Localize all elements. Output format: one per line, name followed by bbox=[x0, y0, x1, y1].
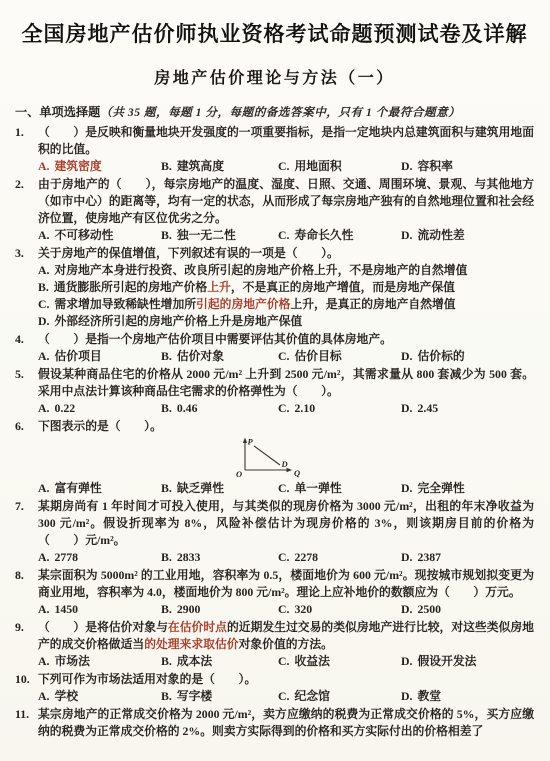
question-body: 某期房尚有 1 年时间才可投入使用，与其类似的现房价格为 3000 元/m²，出… bbox=[38, 498, 534, 566]
question-number: 2. bbox=[15, 176, 38, 244]
question-number: 3. bbox=[15, 245, 38, 330]
text-segment: 缺乏弹性 bbox=[177, 481, 224, 495]
text-segment: 2900 bbox=[177, 602, 201, 616]
option-c: C.用地面积 bbox=[278, 158, 401, 175]
text-segment: 上升，是真正的房地产自然增值 bbox=[290, 297, 455, 311]
text-segment: 对象价值的方法。 bbox=[239, 637, 333, 651]
option-label: B. bbox=[161, 550, 172, 564]
text-segment: 下图表示的是（ ）。 bbox=[38, 419, 162, 433]
option-label: B. bbox=[161, 654, 172, 668]
text-segment: （ ）是将估价对象与 bbox=[38, 620, 168, 634]
option-label: C. bbox=[278, 654, 289, 668]
question: 5. 假设某种商品住宅的价格从 2000 元/m² 上升到 2500 元/m²，… bbox=[15, 366, 534, 417]
option-c: C.2.10 bbox=[278, 400, 401, 417]
text-segment: 320 bbox=[294, 602, 312, 616]
option-label: B. bbox=[161, 481, 172, 495]
text-segment: 市场法 bbox=[54, 654, 89, 668]
question: 4. （ ）是指一个房地产估价项目中需要评估其价值的具体房地产。 A.估价项目B… bbox=[15, 331, 534, 365]
page-content: 全国房地产估价师执业资格考试命题预测试卷及详解 房地产估价理论与方法（一） 一、… bbox=[0, 0, 550, 740]
page-title: 全国房地产估价师执业资格考试命题预测试卷及详解 bbox=[15, 18, 534, 48]
origin-o-label: O bbox=[236, 469, 242, 479]
option-a: A.对房地产本身进行投资、改良所引起的房地产价格上升，不是房地产的自然增值 bbox=[38, 262, 534, 279]
option-label: B. bbox=[38, 280, 49, 294]
option-b: B.建筑高度 bbox=[161, 158, 278, 175]
question-number: 6. bbox=[15, 418, 38, 497]
text-segment: 用地面积 bbox=[294, 159, 341, 173]
option-list: A.学校B.写字楼C.纪念馆D.教堂 bbox=[38, 688, 534, 705]
question-number: 9. bbox=[15, 619, 38, 670]
question-body: 关于房地产的保值增值，下列叙述有误的一项是（ ）。 A.对房地产本身进行投资、改… bbox=[38, 245, 534, 330]
text-segment: 学校 bbox=[54, 689, 78, 703]
question: 1. （ ）是反映和衡量地块开发强度的一项重要指标，是指一定地块内总建筑面积与建… bbox=[15, 124, 534, 175]
option-a: A.0.22 bbox=[38, 400, 161, 417]
question-number: 10. bbox=[15, 671, 38, 705]
option-list: A.0.22B.0.46C.2.10D.2.45 bbox=[38, 400, 534, 417]
question-body: （ ）是反映和衡量地块开发强度的一项重要指标，是指一定地块内总建筑面积与建筑用地… bbox=[38, 124, 534, 175]
text-segment: 容积率 bbox=[417, 159, 452, 173]
axis-p-label: P bbox=[248, 437, 254, 447]
option-label: D. bbox=[401, 654, 412, 668]
option-a: A.市场法 bbox=[38, 653, 161, 670]
text-segment: 2387 bbox=[417, 550, 441, 564]
text-segment: 2833 bbox=[177, 550, 201, 564]
text-segment: 引起的房地产价格 bbox=[196, 297, 290, 311]
option-label: D. bbox=[401, 481, 412, 495]
option-a: A.2778 bbox=[38, 549, 161, 566]
question-stem: 某期房尚有 1 年时间才可投入使用，与其类似的现房价格为 3000 元/m²，出… bbox=[38, 498, 534, 549]
option-label: A. bbox=[38, 349, 49, 363]
option-a: A.估价项目 bbox=[38, 348, 161, 365]
option-label: A. bbox=[38, 602, 49, 616]
text-segment: 建筑密度 bbox=[54, 159, 101, 173]
option-list: A.不可移动性B.独一无二性C.寿命长久性D.流动性差 bbox=[38, 227, 534, 244]
option-list: A.市场法B.成本法C.收益法D.假设开发法 bbox=[38, 653, 534, 670]
text-segment: 写字楼 bbox=[177, 689, 212, 703]
text-segment: （ ）是反映和衡量地块开发强度的一项重要指标，是指一定地块内总建筑面积与建筑用地… bbox=[38, 125, 534, 156]
option-a: A.不可移动性 bbox=[38, 227, 161, 244]
text-segment: 上升 bbox=[207, 280, 231, 294]
text-segment: 需求增加导致稀缺性增加所 bbox=[54, 297, 196, 311]
option-b: B.成本法 bbox=[161, 653, 278, 670]
text-segment: 假设某种商品住宅的价格从 2000 元/m² 上升到 2500 元/m²，其需求… bbox=[38, 367, 534, 398]
option-label: C. bbox=[278, 401, 289, 415]
option-b: B.2833 bbox=[161, 549, 278, 566]
curve-d-label: D bbox=[281, 459, 288, 469]
option-label: A. bbox=[38, 689, 49, 703]
option-label: B. bbox=[161, 159, 172, 173]
option-d: D.估价标的 bbox=[401, 348, 534, 365]
option-b: B.估价对象 bbox=[161, 348, 278, 365]
question: 3. 关于房地产的保值增值，下列叙述有误的一项是（ ）。 A.对房地产本身进行投… bbox=[15, 245, 534, 330]
option-label: A. bbox=[38, 654, 49, 668]
option-c: C.收益法 bbox=[278, 653, 401, 670]
option-label: A. bbox=[38, 228, 49, 242]
text-segment: 1450 bbox=[54, 602, 78, 616]
text-segment: 成本法 bbox=[177, 654, 212, 668]
question-stem: 某宗面积为 5000m² 的工业用地，容积率为 0.5，楼面地价为 600 元/… bbox=[38, 567, 534, 601]
question: 11. 某宗房地产的正常成交价格为 2000 元/m²，卖方应缴纳的税费为正常成… bbox=[15, 706, 534, 740]
demand-curve-svg: P O Q D bbox=[235, 436, 305, 480]
text-segment: 对房地产本身进行投资、改良所引起的房地产价格上升，不是房地产的自然增值 bbox=[54, 263, 467, 277]
text-segment: 假设开发法 bbox=[417, 654, 476, 668]
option-label: D. bbox=[401, 349, 412, 363]
text-segment: 寿命长久性 bbox=[294, 228, 353, 242]
option-b: B.写字楼 bbox=[161, 688, 278, 705]
option-label: C. bbox=[278, 550, 289, 564]
option-c: C.需求增加导致稀缺性增加所引起的房地产价格上升，是真正的房地产自然增值 bbox=[38, 296, 534, 313]
text-segment: 在估价时点 bbox=[168, 620, 227, 634]
option-a: A.富有弹性 bbox=[38, 480, 161, 497]
option-label: A. bbox=[38, 401, 49, 415]
option-label: D. bbox=[401, 228, 412, 242]
text-segment: （ ）是指一个房地产估价项目中需要评估其价值的具体房地产。 bbox=[38, 332, 392, 346]
option-label: B. bbox=[161, 401, 172, 415]
option-label: D. bbox=[401, 401, 412, 415]
option-d: D.2500 bbox=[401, 601, 534, 618]
option-d: D.2387 bbox=[401, 549, 534, 566]
text-segment: 关于房地产的保值增值，下列叙述有误的一项是（ ）。 bbox=[38, 246, 339, 260]
option-d: D.假设开发法 bbox=[401, 653, 534, 670]
text-segment: 2500 bbox=[417, 602, 441, 616]
text-segment: 流动性差 bbox=[417, 228, 464, 242]
question-number: 7. bbox=[15, 498, 38, 566]
option-b: B.缺乏弹性 bbox=[161, 480, 278, 497]
page-subtitle: 房地产估价理论与方法（一） bbox=[15, 65, 534, 88]
text-segment: 估价标的 bbox=[417, 349, 464, 363]
option-b: B.2900 bbox=[161, 601, 278, 618]
question-body: 由于房地产的（ ），每宗房地产的温度、湿度、日照、交通、周围环境、景观、与其他地… bbox=[38, 176, 534, 244]
question-body: 下图表示的是（ ）。 P O Q bbox=[38, 418, 534, 497]
option-label: C. bbox=[278, 481, 289, 495]
text-segment: 的处理来求取估价 bbox=[144, 637, 238, 651]
option-c: C.纪念馆 bbox=[278, 688, 401, 705]
text-segment: 由于房地产的（ ），每宗房地产的温度、湿度、日照、交通、周围环境、景观、与其他地… bbox=[38, 177, 534, 225]
text-segment: 2778 bbox=[54, 550, 78, 564]
text-segment: 估价项目 bbox=[54, 349, 101, 363]
text-segment: 下列可作为市场法适用对象的是（ ）。 bbox=[38, 672, 256, 686]
option-c: C.估价目标 bbox=[278, 348, 401, 365]
text-segment: 教堂 bbox=[417, 689, 441, 703]
option-a: A.建筑密度 bbox=[38, 158, 161, 175]
option-list: A.估价项目B.估价对象C.估价目标D.估价标的 bbox=[38, 348, 534, 365]
text-segment: 外部经济所引起的房地产价格上升是房地产保值 bbox=[54, 314, 302, 328]
option-d: D.2.45 bbox=[401, 400, 534, 417]
question: 2. 由于房地产的（ ），每宗房地产的温度、湿度、日照、交通、周围环境、景观、与… bbox=[15, 176, 534, 244]
text-segment: 某期房尚有 1 年时间才可投入使用，与其类似的现房价格为 3000 元/m²，出… bbox=[38, 499, 534, 547]
text-segment: 0.22 bbox=[54, 401, 75, 415]
question-number: 11. bbox=[15, 706, 38, 740]
option-label: A. bbox=[38, 159, 49, 173]
question-number: 4. bbox=[15, 331, 38, 365]
option-d: D.外部经济所引起的房地产价格上升是房地产保值 bbox=[38, 313, 534, 330]
option-label: D. bbox=[401, 689, 412, 703]
question-stem: 下图表示的是（ ）。 bbox=[38, 418, 534, 435]
question-body: 假设某种商品住宅的价格从 2000 元/m² 上升到 2500 元/m²，其需求… bbox=[38, 366, 534, 417]
text-segment: 某宗面积为 5000m² 的工业用地，容积率为 0.5，楼面地价为 600 元/… bbox=[38, 568, 534, 599]
option-label: C. bbox=[278, 159, 289, 173]
option-label: D. bbox=[401, 550, 412, 564]
option-list: A.建筑密度B.建筑高度C.用地面积D.容积率 bbox=[38, 158, 534, 175]
text-segment: 独一无二性 bbox=[177, 228, 236, 242]
option-label: B. bbox=[161, 602, 172, 616]
option-list: A.对房地产本身进行投资、改良所引起的房地产价格上升，不是房地产的自然增值B.通… bbox=[38, 262, 534, 330]
text-segment: 纪念馆 bbox=[294, 689, 329, 703]
exam-paper-page: 全国房地产估价师执业资格考试命题预测试卷及详解 房地产估价理论与方法（一） 一、… bbox=[0, 0, 550, 761]
option-list: A.富有弹性B.缺乏弹性C.单一弹性D.完全弹性 bbox=[38, 480, 534, 497]
question-stem: （ ）是指一个房地产估价项目中需要评估其价值的具体房地产。 bbox=[38, 331, 534, 348]
option-label: B. bbox=[161, 349, 172, 363]
option-a: A.1450 bbox=[38, 601, 161, 618]
option-label: B. bbox=[161, 689, 172, 703]
demand-curve-diagram: P O Q D bbox=[235, 436, 534, 480]
question-body: 某宗房地产的正常成交价格为 2000 元/m²，卖方应缴纳的税费为正常成交价格的… bbox=[38, 706, 534, 740]
option-c: C.2278 bbox=[278, 549, 401, 566]
option-list: A.1450B.2900C.320D.2500 bbox=[38, 601, 534, 618]
option-label: C. bbox=[38, 297, 49, 311]
text-segment: 2.45 bbox=[417, 401, 438, 415]
text-segment: 0.46 bbox=[177, 401, 198, 415]
option-d: D.流动性差 bbox=[401, 227, 534, 244]
section-heading: 一、单项选择题 bbox=[15, 105, 100, 119]
text-segment: 估价对象 bbox=[177, 349, 224, 363]
text-segment: 估价目标 bbox=[294, 349, 341, 363]
option-label: C. bbox=[278, 689, 289, 703]
text-segment: 完全弹性 bbox=[417, 481, 464, 495]
option-c: C.320 bbox=[278, 601, 401, 618]
demand-line bbox=[254, 446, 280, 465]
question-stem: 下列可作为市场法适用对象的是（ ）。 bbox=[38, 671, 534, 688]
text-segment: 不可移动性 bbox=[54, 228, 113, 242]
axis-q-label: Q bbox=[294, 468, 300, 478]
option-label: A. bbox=[38, 481, 49, 495]
option-a: A.学校 bbox=[38, 688, 161, 705]
question: 9. （ ）是将估价对象与在估价时点的近期发生过交易的类似房地产进行比较，对这些… bbox=[15, 619, 534, 670]
question-stem: 关于房地产的保值增值，下列叙述有误的一项是（ ）。 bbox=[38, 245, 534, 262]
text-segment: 单一弹性 bbox=[294, 481, 341, 495]
text-segment: 2.10 bbox=[294, 401, 315, 415]
question-stem: 某宗房地产的正常成交价格为 2000 元/m²，卖方应缴纳的税费为正常成交价格的… bbox=[38, 706, 534, 740]
text-segment: 建筑高度 bbox=[177, 159, 224, 173]
option-label: C. bbox=[278, 602, 289, 616]
option-label: D. bbox=[401, 602, 412, 616]
question-stem: 由于房地产的（ ），每宗房地产的温度、湿度、日照、交通、周围环境、景观、与其他地… bbox=[38, 176, 534, 227]
option-list: A.2778B.2833C.2278D.2387 bbox=[38, 549, 534, 566]
question: 7. 某期房尚有 1 年时间才可投入使用，与其类似的现房价格为 3000 元/m… bbox=[15, 498, 534, 566]
text-segment: 某宗房地产的正常成交价格为 2000 元/m²，卖方应缴纳的税费为正常成交价格的… bbox=[38, 707, 534, 738]
section-header: 一、单项选择题（共 35 题，每题 1 分，每题的备选答案中，只有 1 个最符合… bbox=[15, 104, 534, 121]
option-c: C.寿命长久性 bbox=[278, 227, 401, 244]
option-label: C. bbox=[278, 228, 289, 242]
option-label: A. bbox=[38, 263, 49, 277]
question-body: 下列可作为市场法适用对象的是（ ）。 A.学校B.写字楼C.纪念馆D.教堂 bbox=[38, 671, 534, 705]
option-label: D. bbox=[401, 159, 412, 173]
option-d: D.教堂 bbox=[401, 688, 534, 705]
option-b: B.0.46 bbox=[161, 400, 278, 417]
option-c: C.单一弹性 bbox=[278, 480, 401, 497]
option-label: B. bbox=[161, 228, 172, 242]
text-segment: 富有弹性 bbox=[54, 481, 101, 495]
text-segment: 2278 bbox=[294, 550, 318, 564]
question-body: （ ）是指一个房地产估价项目中需要评估其价值的具体房地产。 A.估价项目B.估价… bbox=[38, 331, 534, 365]
section-note: （共 35 题，每题 1 分，每题的备选答案中，只有 1 个最符合题意） bbox=[100, 106, 460, 119]
option-d: D.完全弹性 bbox=[401, 480, 534, 497]
question-list: 1. （ ）是反映和衡量地块开发强度的一项重要指标，是指一定地块内总建筑面积与建… bbox=[15, 124, 534, 740]
question-body: （ ）是将估价对象与在估价时点的近期发生过交易的类似房地产进行比较，对这些类似房… bbox=[38, 619, 534, 670]
option-d: D.容积率 bbox=[401, 158, 534, 175]
option-b: B.独一无二性 bbox=[161, 227, 278, 244]
text-segment: 收益法 bbox=[294, 654, 329, 668]
question: 6. 下图表示的是（ ）。 P O bbox=[15, 418, 534, 497]
option-label: A. bbox=[38, 550, 49, 564]
question: 8. 某宗面积为 5000m² 的工业用地，容积率为 0.5，楼面地价为 600… bbox=[15, 567, 534, 618]
question-stem: （ ）是将估价对象与在估价时点的近期发生过交易的类似房地产进行比较，对这些类似房… bbox=[38, 619, 534, 653]
question-stem: 假设某种商品住宅的价格从 2000 元/m² 上升到 2500 元/m²，其需求… bbox=[38, 366, 534, 400]
option-b: B.通货膨胀所引起的房地产价格上升，不是真正的房地产增值，而是房地产保值 bbox=[38, 279, 534, 296]
option-label: C. bbox=[278, 349, 289, 363]
question: 10. 下列可作为市场法适用对象的是（ ）。 A.学校B.写字楼C.纪念馆D.教… bbox=[15, 671, 534, 705]
question-number: 8. bbox=[15, 567, 38, 618]
text-segment: ，不是真正的房地产增值，而是房地产保值 bbox=[231, 280, 455, 294]
text-segment: 通货膨胀所引起的房地产价格 bbox=[54, 280, 207, 294]
question-stem: （ ）是反映和衡量地块开发强度的一项重要指标，是指一定地块内总建筑面积与建筑用地… bbox=[38, 124, 534, 158]
question-body: 某宗面积为 5000m² 的工业用地，容积率为 0.5，楼面地价为 600 元/… bbox=[38, 567, 534, 618]
question-number: 5. bbox=[15, 366, 38, 417]
option-label: D. bbox=[38, 314, 49, 328]
question-number: 1. bbox=[15, 124, 38, 175]
